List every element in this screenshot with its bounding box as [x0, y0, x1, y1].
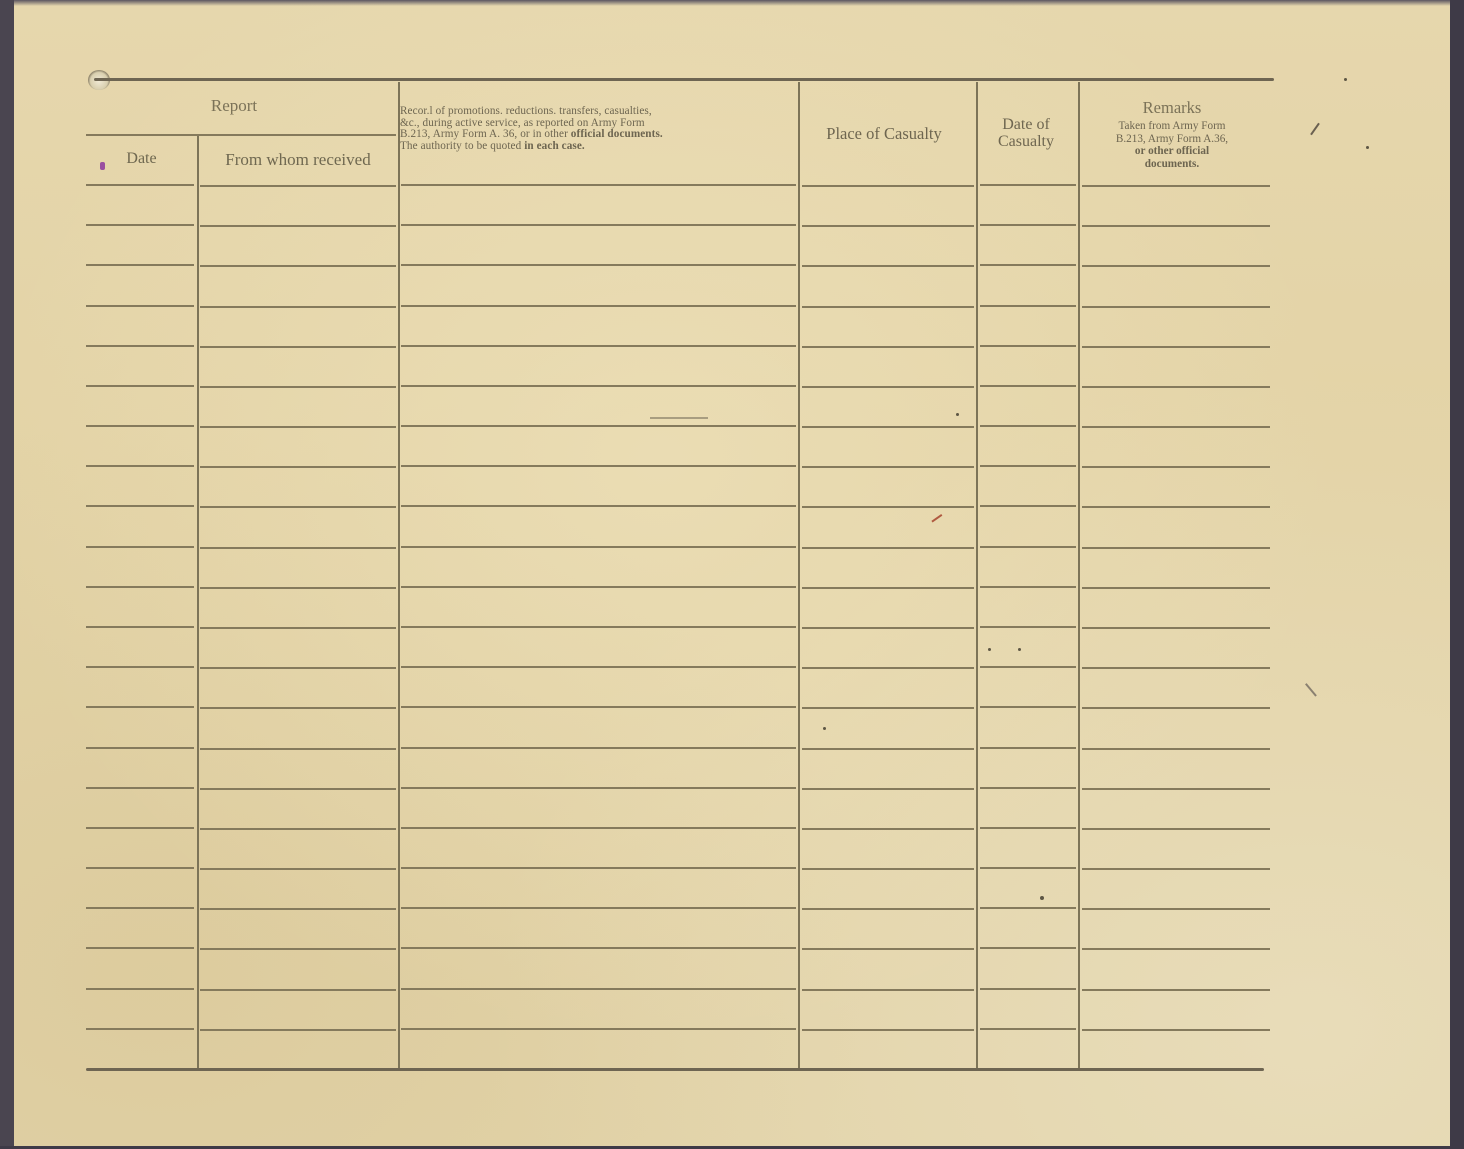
row-rule	[401, 305, 796, 307]
header-date: Date	[94, 150, 189, 168]
row-rule	[86, 184, 194, 186]
row-rule	[86, 867, 194, 869]
row-rule	[200, 667, 396, 669]
row-rule	[86, 586, 194, 588]
paper-speck	[988, 648, 991, 651]
divider-dateof-remarks	[1078, 82, 1080, 1068]
row-rule	[200, 788, 396, 790]
row-rule	[1082, 828, 1270, 830]
row-rule	[802, 346, 974, 348]
row-rule	[86, 827, 194, 829]
row-rule	[802, 667, 974, 669]
row-rule	[200, 707, 396, 709]
top-rule	[94, 78, 1274, 81]
row-rule	[1082, 1029, 1270, 1031]
row-rule	[401, 1028, 796, 1030]
row-rule	[980, 907, 1076, 909]
row-rule	[86, 626, 194, 628]
row-rule	[401, 827, 796, 829]
row-rule	[980, 224, 1076, 226]
row-rule	[980, 867, 1076, 869]
row-rule	[1082, 547, 1270, 549]
row-rule	[401, 747, 796, 749]
row-rule	[1082, 386, 1270, 388]
row-rule	[980, 505, 1076, 507]
row-rule	[86, 224, 194, 226]
casualty-record-form: Report Date From whom received Recor.l o…	[84, 78, 1268, 1078]
row-rule	[802, 386, 974, 388]
row-rule	[86, 264, 194, 266]
row-rule	[401, 184, 796, 186]
divider-date-from	[197, 134, 199, 1068]
header-record-description: Recor.l of promotions. reductions. trans…	[400, 106, 782, 152]
row-rule	[1082, 627, 1270, 629]
row-rule	[802, 265, 974, 267]
bottom-rule	[86, 1068, 1264, 1071]
row-rule	[1082, 306, 1270, 308]
row-rule	[802, 466, 974, 468]
row-rule	[401, 586, 796, 588]
row-rule	[200, 426, 396, 428]
row-rule	[86, 345, 194, 347]
row-rule	[401, 385, 796, 387]
row-rule	[980, 184, 1076, 186]
row-rule	[200, 627, 396, 629]
row-rule	[200, 306, 396, 308]
row-rule	[1082, 788, 1270, 790]
faint-print-mark	[650, 417, 708, 419]
row-rule	[1082, 667, 1270, 669]
row-rule	[1082, 506, 1270, 508]
row-rule	[200, 587, 396, 589]
row-rule	[200, 506, 396, 508]
row-rule	[86, 747, 194, 749]
row-rule	[1082, 466, 1270, 468]
row-rule	[86, 787, 194, 789]
row-rule	[802, 1029, 974, 1031]
row-rule	[980, 947, 1076, 949]
row-rule	[802, 868, 974, 870]
row-rule	[980, 626, 1076, 628]
row-rule	[401, 505, 796, 507]
row-rule	[86, 706, 194, 708]
row-rule	[200, 265, 396, 267]
row-rule	[200, 466, 396, 468]
row-rule	[200, 346, 396, 348]
row-rule	[980, 345, 1076, 347]
row-rule	[802, 627, 974, 629]
row-rule	[802, 748, 974, 750]
row-rule	[980, 586, 1076, 588]
row-rule	[86, 1028, 194, 1030]
row-rule	[200, 908, 396, 910]
row-rule	[802, 547, 974, 549]
row-rule	[1082, 426, 1270, 428]
paper-speck	[1040, 896, 1044, 900]
divider-report-record	[398, 82, 400, 1068]
row-rule	[401, 988, 796, 990]
row-rule	[401, 787, 796, 789]
row-rule	[1082, 868, 1270, 870]
header-remarks-subtitle: Taken from Army Form B.213, Army Form A.…	[1084, 120, 1260, 170]
row-rule	[401, 345, 796, 347]
row-rule	[980, 305, 1076, 307]
row-rule	[401, 546, 796, 548]
row-rule	[401, 465, 796, 467]
divider-place-dateof	[976, 82, 978, 1068]
row-rule	[802, 989, 974, 991]
row-rule	[200, 989, 396, 991]
scan-top-edge	[14, 0, 1452, 6]
row-rule	[401, 264, 796, 266]
row-rule	[802, 306, 974, 308]
row-rule	[86, 947, 194, 949]
header-from-whom-received: From whom received	[200, 150, 396, 170]
row-rule	[200, 748, 396, 750]
row-rule	[980, 988, 1076, 990]
divider-record-place	[798, 82, 800, 1068]
row-rule	[802, 426, 974, 428]
row-rule	[980, 747, 1076, 749]
row-rule	[1082, 989, 1270, 991]
row-rule	[1082, 346, 1270, 348]
row-rule	[200, 185, 396, 187]
paper-speck	[1366, 146, 1369, 149]
row-rule	[401, 425, 796, 427]
row-rule	[86, 907, 194, 909]
row-rule	[980, 264, 1076, 266]
row-rule	[980, 1028, 1076, 1030]
row-rule	[401, 626, 796, 628]
row-rule	[1082, 587, 1270, 589]
row-rule	[1082, 185, 1270, 187]
row-rule	[401, 224, 796, 226]
report-subheader-rule	[86, 134, 396, 136]
row-rule	[1082, 707, 1270, 709]
row-rule	[1082, 225, 1270, 227]
row-rule	[401, 907, 796, 909]
row-rule	[980, 787, 1076, 789]
paper-speck	[1018, 648, 1021, 651]
row-rule	[980, 706, 1076, 708]
row-rule	[86, 988, 194, 990]
row-rule	[200, 948, 396, 950]
row-rule	[980, 666, 1076, 668]
row-rule	[980, 385, 1076, 387]
row-rule	[86, 666, 194, 668]
paper-speck	[823, 727, 826, 730]
header-place-of-casualty: Place of Casualty	[802, 124, 966, 144]
header-remarks: Remarks	[1084, 98, 1260, 118]
row-rule	[980, 546, 1076, 548]
row-rule	[200, 386, 396, 388]
row-rule	[86, 546, 194, 548]
row-rule	[980, 827, 1076, 829]
row-rule	[802, 587, 974, 589]
row-rule	[86, 305, 194, 307]
paper-speck	[956, 413, 959, 416]
row-rule	[980, 425, 1076, 427]
row-rule	[980, 465, 1076, 467]
row-rule	[802, 707, 974, 709]
row-rule	[200, 547, 396, 549]
row-rule	[802, 828, 974, 830]
row-rule	[802, 788, 974, 790]
scan-right-edge	[1450, 0, 1464, 1149]
row-rule	[1082, 948, 1270, 950]
row-rule	[200, 828, 396, 830]
header-report: Report	[184, 96, 284, 116]
row-rule	[200, 1029, 396, 1031]
row-rule	[1082, 265, 1270, 267]
row-rule	[200, 225, 396, 227]
row-rule	[802, 185, 974, 187]
row-rule	[200, 868, 396, 870]
row-rule	[401, 706, 796, 708]
row-rule	[401, 666, 796, 668]
header-date-of-casualty: Date of Casualty	[976, 116, 1076, 150]
row-rule	[86, 385, 194, 387]
paper-speck	[1344, 78, 1347, 81]
row-rule	[1082, 748, 1270, 750]
row-rule	[401, 947, 796, 949]
row-rule	[86, 465, 194, 467]
row-rule	[802, 948, 974, 950]
row-rule	[802, 506, 974, 508]
row-rule	[86, 505, 194, 507]
row-rule	[1082, 908, 1270, 910]
row-rule	[86, 425, 194, 427]
row-rule	[401, 867, 796, 869]
row-rule	[802, 225, 974, 227]
row-rule	[802, 908, 974, 910]
